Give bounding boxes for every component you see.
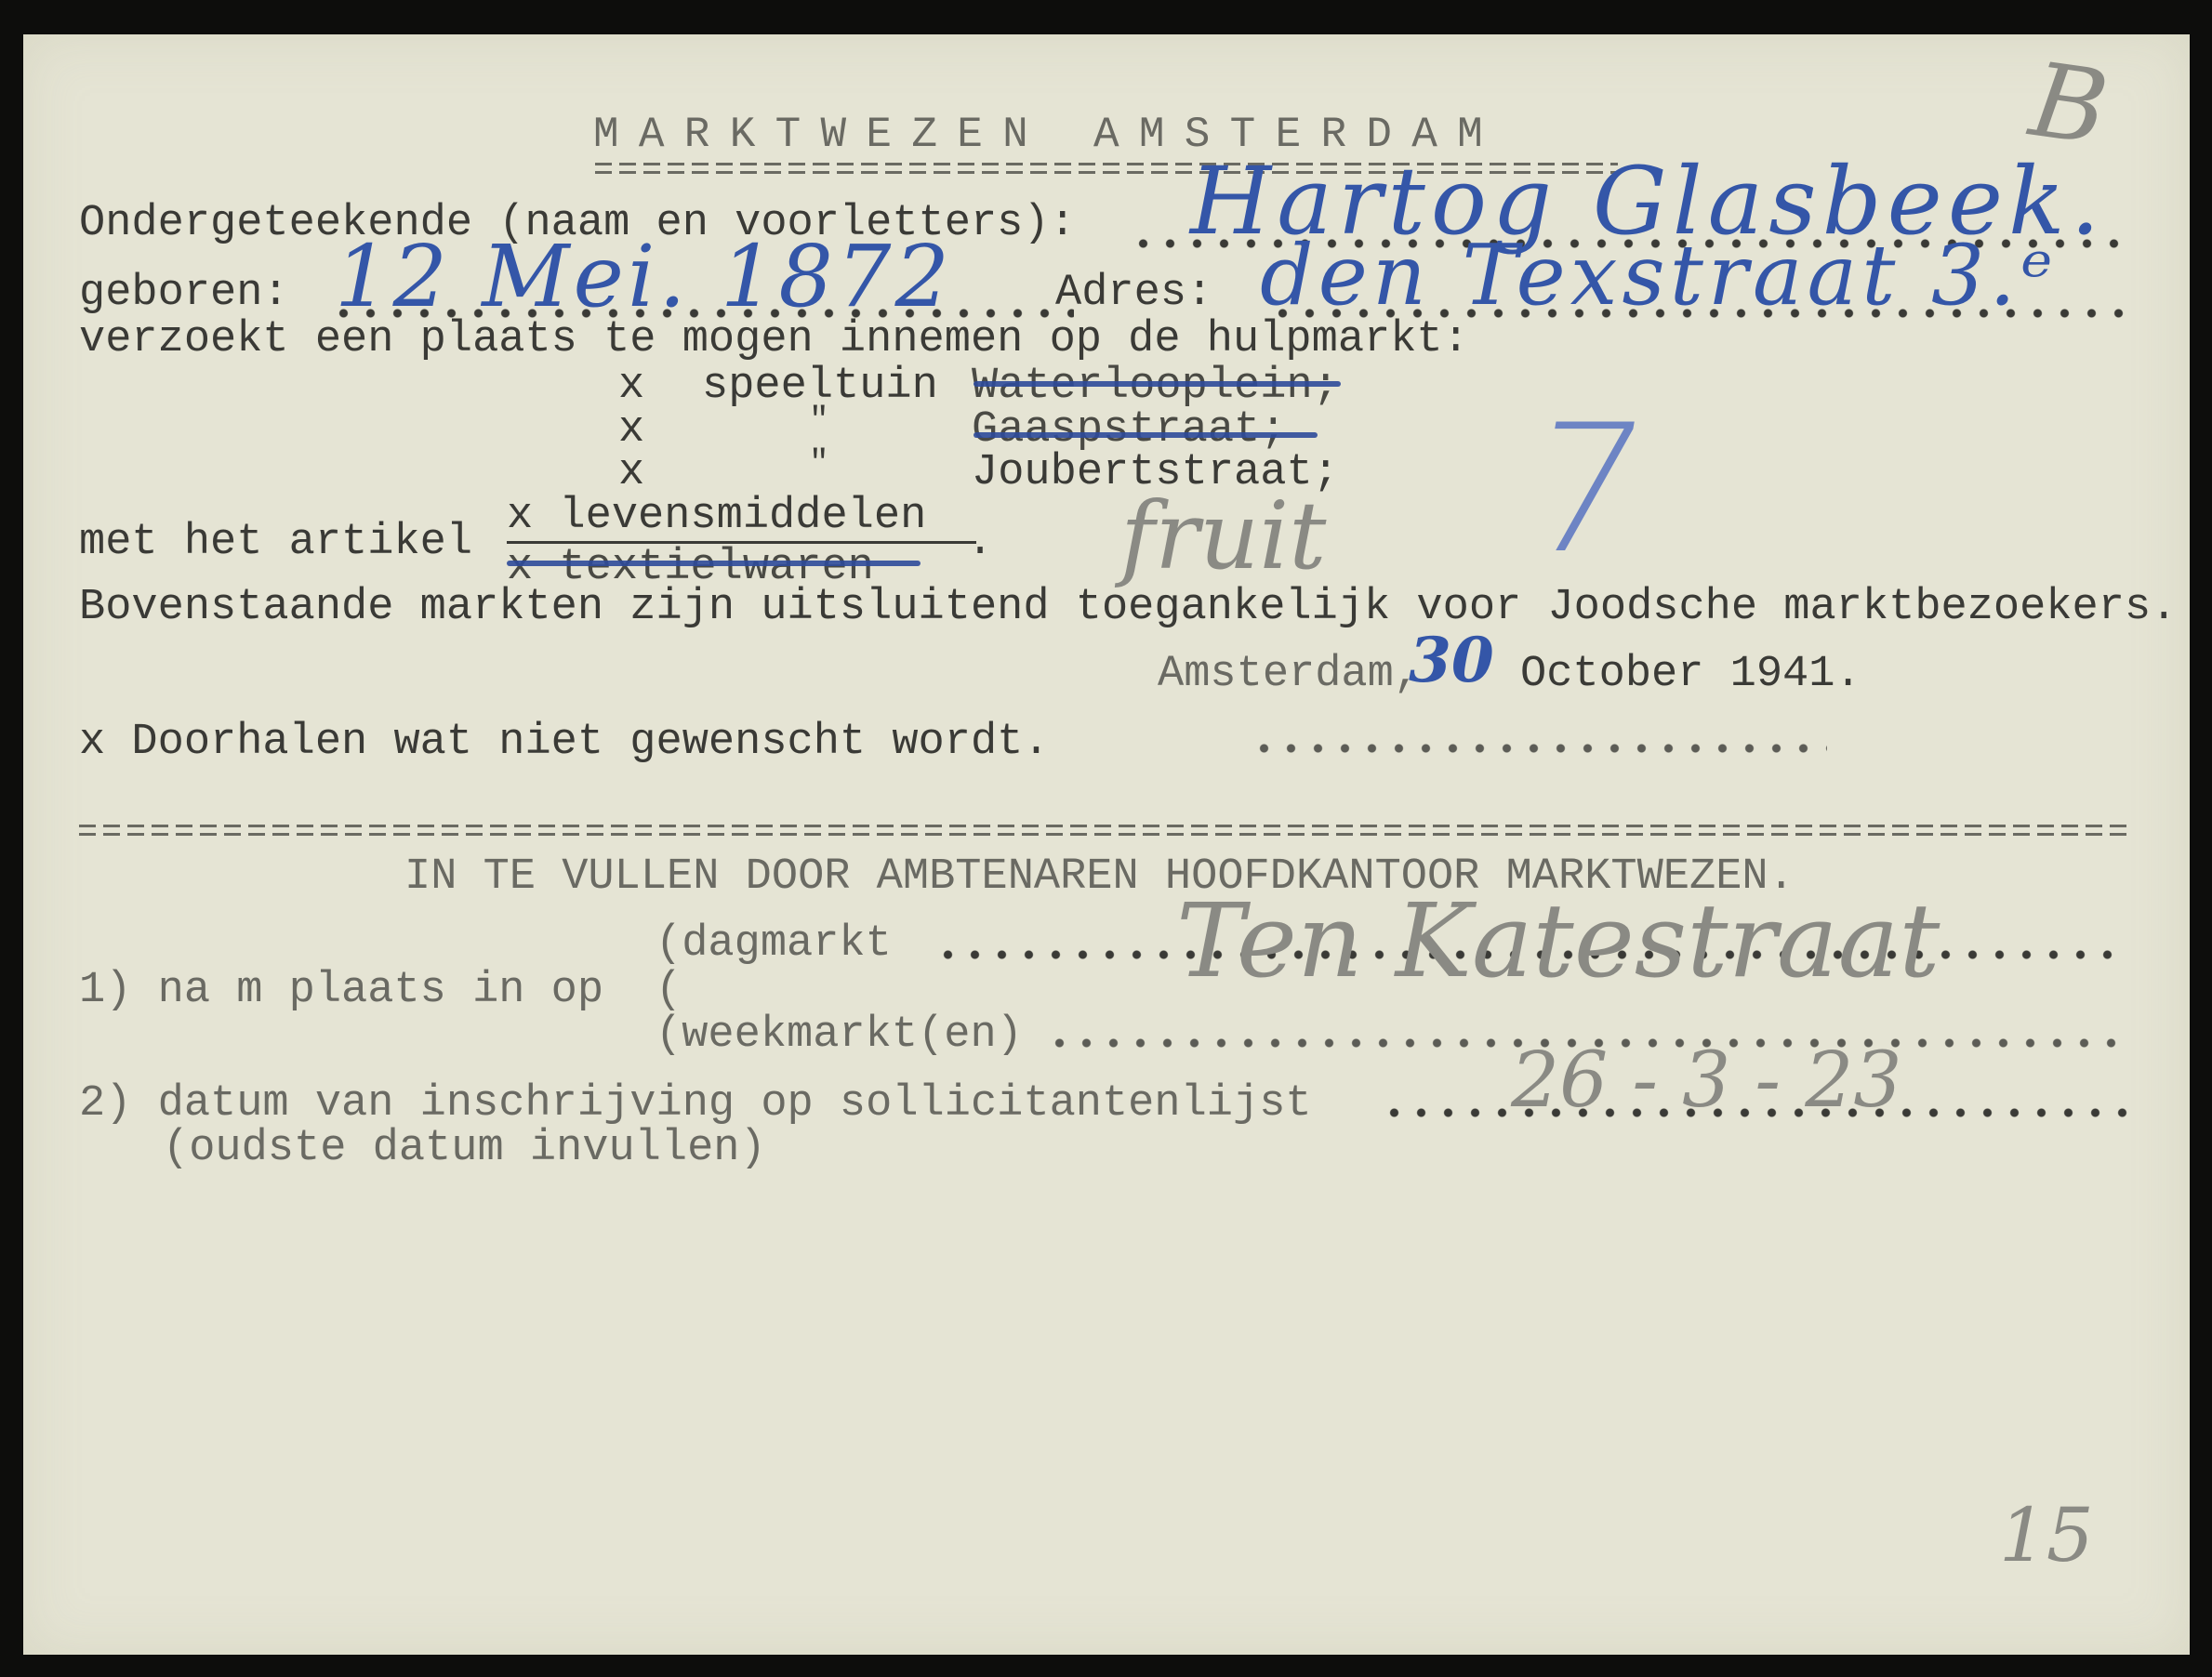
item1-value: Ten Katestraat	[1176, 890, 1940, 992]
corner-mark: B	[2025, 48, 2113, 160]
item2-value: 26 - 3 - 23	[1511, 1043, 1902, 1119]
market-type-2: "	[809, 404, 829, 438]
market-mark-3: x	[618, 451, 644, 495]
market-mark-2: x	[618, 408, 644, 452]
strikethrough	[507, 561, 921, 566]
month-year: October 1941.	[1520, 653, 1861, 696]
item2-sub: (oudste datum invullen)	[163, 1127, 766, 1170]
item1-label: 1) na m plaats in op	[79, 969, 603, 1012]
day-value: 30	[1409, 629, 1494, 691]
request-text: verzoekt een plaats te mogen innemen op …	[79, 318, 1469, 362]
page-number: 15	[1999, 1499, 2094, 1573]
notice-text: Bovenstaande markten zijn uitsluitend to…	[79, 586, 2177, 629]
market-mark-1: x	[618, 364, 644, 408]
market-name-gaaspstraat: Gaaspstraat;	[972, 408, 1286, 452]
strikethrough	[974, 432, 1318, 438]
article-option-levensmiddelen: x levensmiddelen	[507, 495, 926, 538]
article-period: .	[967, 521, 993, 564]
strikethrough	[974, 381, 1341, 387]
marginal-mark: 7	[1514, 402, 1657, 578]
item2-label: 2) datum van inschrijving op sollicitant…	[79, 1082, 1312, 1126]
option-bracket: (	[656, 969, 682, 1012]
signature-dotted-line	[1251, 744, 1827, 753]
option-weekmarkt: (weekmarkt(en)	[656, 1013, 1023, 1057]
article-annotation: fruit	[1120, 490, 1326, 583]
market-type-3: "	[809, 447, 829, 481]
place: Amsterdam,	[1158, 653, 1420, 696]
born-value: 12 Mei. 1872	[335, 234, 953, 320]
section-separator	[79, 825, 2129, 838]
address-label: Adres:	[1055, 271, 1212, 315]
registration-card: MARKTWEZEN AMSTERDAM B Ondergeteekende (…	[23, 34, 2190, 1655]
address-value: den Texstraat 3.ᵉ	[1260, 234, 2058, 318]
article-label: met het artikel	[79, 521, 472, 564]
option-dagmarkt: (dagmarkt	[656, 922, 892, 966]
strike-instruction: x Doorhalen wat niet gewenscht wordt.	[79, 720, 1050, 764]
born-label: geboren:	[79, 271, 289, 315]
